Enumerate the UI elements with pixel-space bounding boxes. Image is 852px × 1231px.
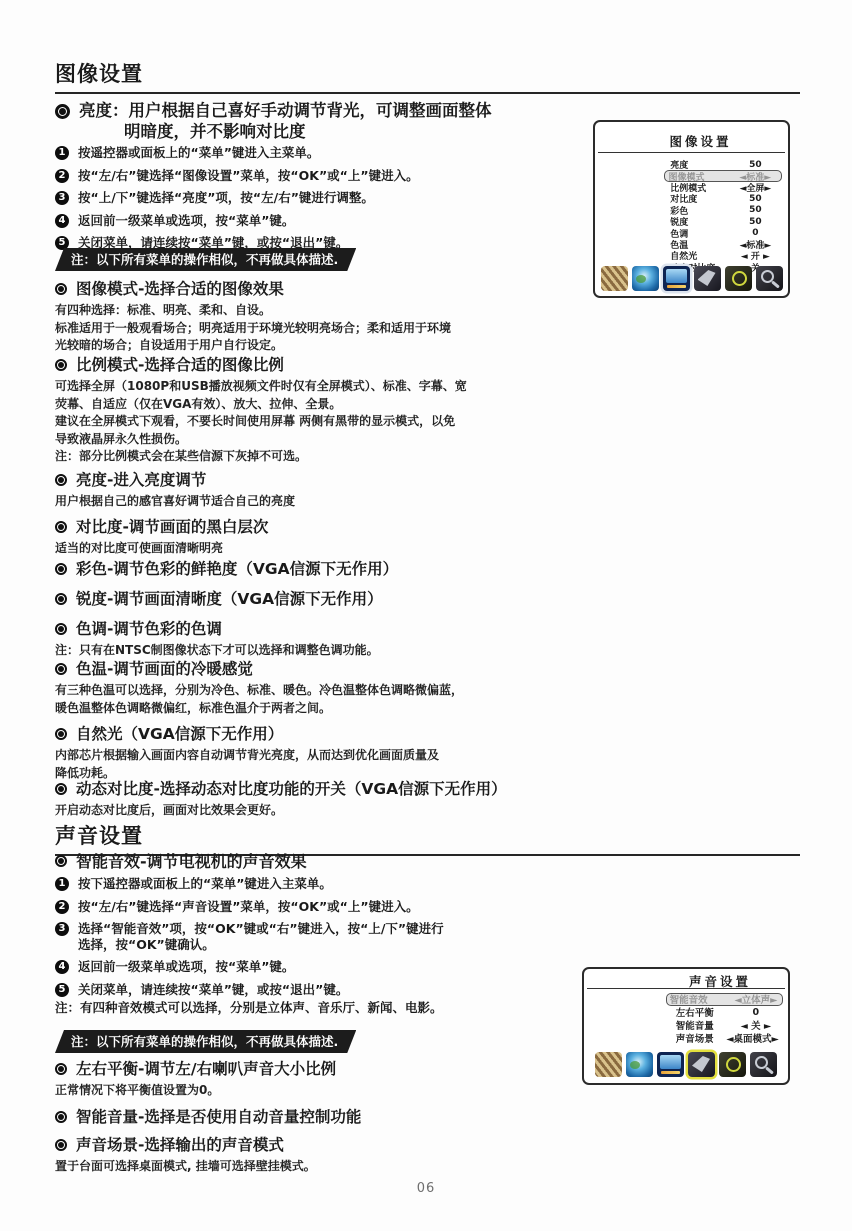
step-number-badge: 4 [55, 960, 69, 974]
sound-menu-icon [688, 1052, 715, 1077]
page-number: 06 [0, 1181, 852, 1196]
step-number-badge: 2 [55, 900, 69, 914]
bullet-icon [55, 593, 67, 605]
feature-item-tint: 色调-调节色彩的色调 注：只有在NTSC制图像状态下才可以选择和调整色调功能。 [55, 620, 587, 660]
bullet-icon [55, 359, 67, 371]
note-banner: 注：以下所有菜单的操作相似，不再做具体描述. [55, 248, 356, 271]
bullet-icon [55, 663, 67, 675]
step-number-badge: 3 [55, 922, 69, 936]
option-menu-icon [750, 1052, 777, 1077]
bullet-icon [55, 563, 67, 575]
bullet-icon [55, 623, 67, 635]
feature-item-brightness: 亮度-进入亮度调节 用户根据自己的感官喜好调节适合自己的亮度 [55, 471, 587, 511]
bullet-icon [55, 521, 67, 533]
function-menu-icon [626, 1052, 653, 1077]
osd-divider [598, 152, 785, 153]
channel-menu-icon [595, 1052, 622, 1077]
time-menu-icon [725, 266, 752, 291]
feature-item-color: 彩色-调节色彩的鲜艳度（VGA信源下无作用） [55, 560, 587, 582]
step-item: 2按“左/右”键选择“图像设置”菜单，按“OK”或“上”键进入。 [55, 168, 600, 184]
lead-line: 亮度：用户根据自己喜好手动调节背光，可调整画面整体 [79, 100, 492, 121]
step-item: 1按遥控器或面板上的“菜单”键进入主菜单。 [55, 145, 600, 161]
step-number-badge: 4 [55, 214, 69, 228]
step-item: 3 选择“智能音效”项，按“OK”键或“右”键进入，按“上/下”键进行选择，按“… [55, 921, 600, 952]
bullet-icon [55, 783, 67, 795]
lead-line: 明暗度，并不影响对比度 [79, 121, 492, 142]
bullet-icon [55, 104, 70, 119]
feature-item-sound-scene: 声音场景-选择输出的声音模式 置于台面可选择桌面模式, 挂墙可选择壁挂模式。 [55, 1136, 587, 1176]
step-number-badge: 1 [55, 146, 69, 160]
feature-item-dynamic-contrast: 动态对比度-选择动态对比度功能的开关（VGA信源下无作用） 开启动态对比度后，画… [55, 780, 587, 820]
sound-steps: 1按下遥控器或面板上的“菜单”键进入主菜单。 2按“左/右”键选择“声音设置”菜… [55, 876, 600, 1004]
step-item: 4返回前一级菜单或选项，按“菜单”键。 [55, 959, 600, 975]
bullet-icon [55, 728, 67, 740]
function-menu-icon [632, 266, 659, 291]
feature-item-color-temp: 色温-调节画面的冷暖感觉 有三种色温可以选择，分别为冷色、标准、暖色。冷色温整体… [55, 660, 587, 717]
bullet-icon [55, 1063, 67, 1075]
step-item: 5关闭菜单，请连续按“菜单”键，或按“退出”键。 [55, 982, 600, 998]
bullet-icon [55, 474, 67, 486]
bullet-icon [55, 1139, 67, 1151]
picture-steps: 1按遥控器或面板上的“菜单”键进入主菜单。 2按“左/右”键选择“图像设置”菜单… [55, 145, 600, 258]
note-banner: 注：以下所有菜单的操作相似，不再做具体描述. [55, 1030, 356, 1053]
feature-item-smart-volume: 智能音量-选择是否使用自动音量控制功能 [55, 1108, 587, 1130]
step-number-badge: 3 [55, 191, 69, 205]
feature-item-picture-mode: 图像模式-选择合适的图像效果 有四种选择：标准、明亮、柔和、自设。 标准适用于一… [55, 280, 587, 355]
osd-row-selected: 智能音效◄立体声► [666, 993, 783, 1006]
smart-sound-lead: 智能音效-调节电视机的声音效果 [55, 852, 595, 872]
channel-menu-icon [601, 266, 628, 291]
option-menu-icon [756, 266, 783, 291]
sound-menu-icon [694, 266, 721, 291]
step-item: 4返回前一级菜单或选项，按“菜单”键。 [55, 213, 600, 229]
section-title: 图像设置 [55, 62, 143, 86]
osd-icon-bar [590, 1052, 782, 1077]
osd-title: 图像设置 [595, 132, 788, 150]
step-number-badge: 5 [55, 236, 69, 250]
sound-settings-header: 声音设置 [55, 820, 800, 856]
section-title: 声音设置 [55, 824, 143, 848]
picture-menu-icon [663, 266, 690, 291]
feature-item-sharpness: 锐度-调节画面清晰度（VGA信源下无作用） [55, 590, 587, 612]
feature-item-contrast: 对比度-调节画面的黑白层次 适当的对比度可使画面清晰明亮 [55, 518, 587, 558]
picture-settings-header: 图像设置 [55, 58, 800, 94]
osd-row: 声音场景◄桌面模式► [676, 1031, 779, 1044]
bullet-icon [55, 1111, 67, 1123]
brightness-lead: 亮度：用户根据自己喜好手动调节背光，可调整画面整体 明暗度，并不影响对比度 [55, 100, 595, 142]
osd-sound-menu: 声音设置 智能音效◄立体声► 左右平衡0 智能音量◄ 关 ► 声音场景◄桌面模式… [582, 967, 790, 1085]
feature-item-aspect-mode: 比例模式-选择合适的图像比例 可选择全屏（1080P和USB播放视频文件时仅有全… [55, 356, 587, 466]
bullet-icon [55, 283, 67, 295]
step-number-badge: 1 [55, 877, 69, 891]
osd-row: 左右平衡0 [676, 1006, 779, 1019]
osd-picture-menu: 图像设置 亮度50 图像模式◄标准► 比例模式◄全屏► 对比度50 彩色50 锐… [593, 120, 790, 298]
time-menu-icon [719, 1052, 746, 1077]
osd-row: 智能音量◄ 关 ► [676, 1019, 779, 1032]
feature-item-balance: 左右平衡-调节左/右喇叭声音大小比例 正常情况下将平衡值设置为0。 [55, 1060, 587, 1100]
step-number-badge: 5 [55, 983, 69, 997]
step-item: 3按“上/下”键选择“亮度”项，按“左/右”键进行调整。 [55, 190, 600, 206]
osd-divider [587, 988, 785, 989]
bullet-icon [55, 855, 67, 867]
feature-item-natural-light: 自然光（VGA信源下无作用） 内部芯片根据输入画面内容自动调节背光亮度，从而达到… [55, 725, 587, 782]
step-item: 2按“左/右”键选择“声音设置”菜单，按“OK”或“上”键进入。 [55, 899, 600, 915]
picture-menu-icon [657, 1052, 684, 1077]
step-item: 1按下遥控器或面板上的“菜单”键进入主菜单。 [55, 876, 600, 892]
step-number-badge: 2 [55, 169, 69, 183]
sound-modes-note: 注：有四种音效模式可以选择，分别是立体声、音乐厅、新闻、电影。 [55, 1000, 443, 1016]
osd-icon-bar [601, 266, 782, 291]
